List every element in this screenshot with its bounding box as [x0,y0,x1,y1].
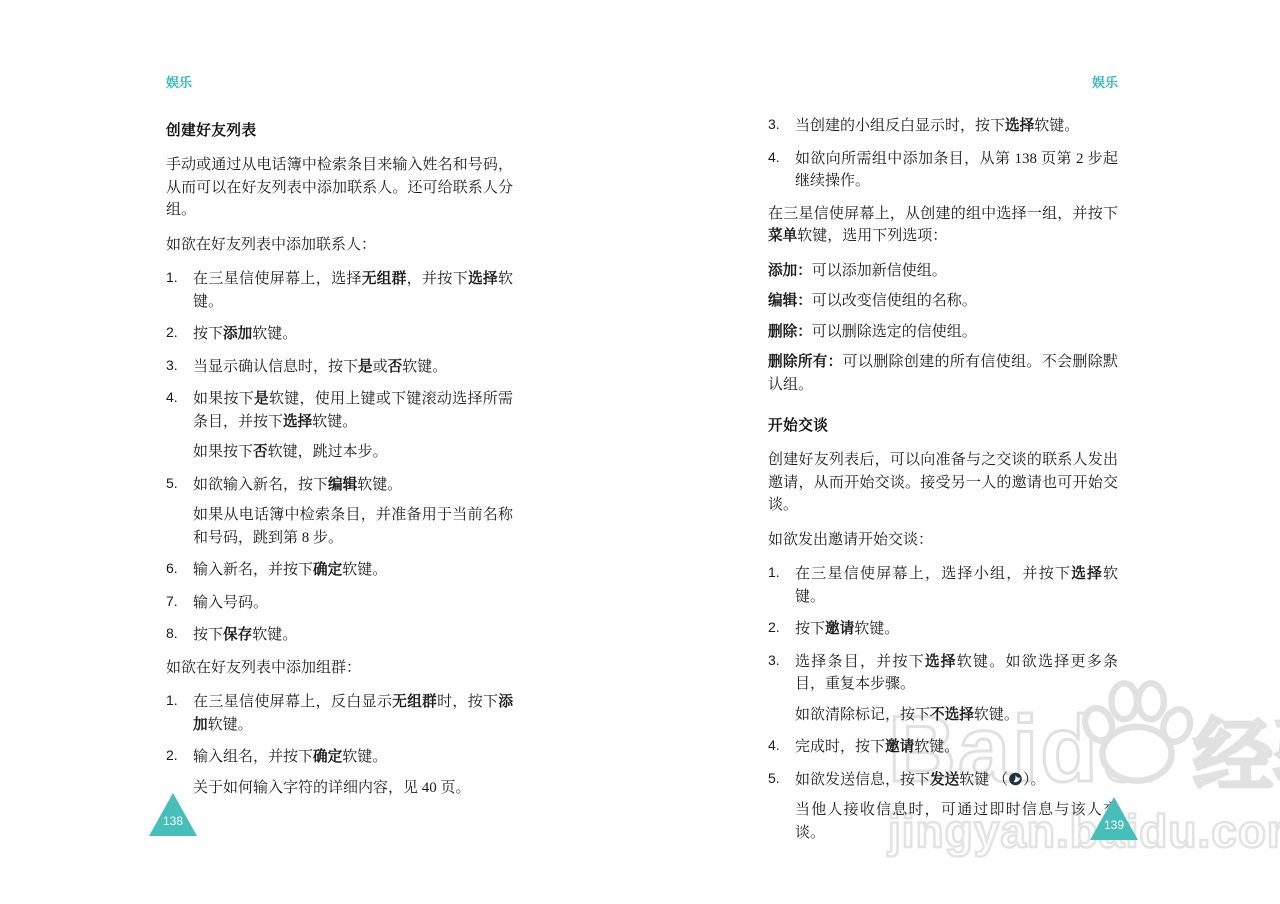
list-number: 3. [768,115,795,138]
list-number: 1. [166,268,193,313]
list-item-text: 在三星信使屏幕上，选择无组群，并按下选择软键。 [193,268,513,313]
list-item-line: 完成时，按下邀请软键。 [795,736,1118,759]
text: 软键，跳过本步。 [268,444,388,460]
list-item-line: 选择条目，并按下选择软键。如欲选择更多条目，重复本步骤。 [795,651,1118,696]
list-number: 2. [166,323,193,346]
text: 输入组名，并按下 [193,749,313,765]
text: 可以添加新信使组。 [812,263,947,279]
list-item-continuation: 如欲清除标记，按下不选择软键。 [795,704,1118,727]
text: 如欲清除标记，按下 [795,707,930,723]
list-item-text: 当显示确认信息时，按下是或否软键。 [193,356,513,379]
section-heading: 开始交谈 [768,413,1118,436]
bold-text: 菜单 [768,228,797,244]
text: 如果按下 [193,444,253,460]
text: 可以删除选定的信使组。 [812,324,977,340]
bold-text: 邀请 [885,739,914,755]
paragraph: 如欲在好友列表中添加组群： [166,657,513,680]
list-item-text: 按下保存软键。 [193,624,513,647]
text: 在三星信使屏幕上，反白显示 [193,694,392,710]
list-number: 1. [768,563,795,608]
bold-text: 确定 [313,749,342,765]
list-item-text: 按下邀请软键。 [795,618,1118,641]
bold-text: 否 [388,359,403,375]
list-item-text: 选择条目，并按下选择软键。如欲选择更多条目，重复本步骤。如欲清除标记，按下不选择… [795,651,1118,727]
list-number: 4. [166,388,193,464]
list-number: 1. [166,691,193,736]
text: 如欲发送信息，按下 [795,772,930,788]
page-138-content: 创建好友列表手动或通过从电话簿中检索条目来输入姓名和号码，从而可以在好友列表中添… [166,118,513,799]
list-item-line: 在三星信使屏幕上，选择无组群，并按下选择软键。 [193,268,513,313]
list-item: 3.选择条目，并按下选择软键。如欲选择更多条目，重复本步骤。如欲清除标记，按下不… [768,651,1118,727]
bold-text: 删除： [768,324,812,340]
page-number-left: 138 [160,814,186,828]
list-item-text: 完成时，按下邀请软键。 [795,736,1118,759]
list-item-text: 输入组名，并按下确定软键。关于如何输入字符的详细内容，见 40 页。 [193,746,513,799]
text: ）。 [1023,772,1046,788]
running-header-left: 娱乐 [166,72,513,91]
list-item-line: 按下邀请软键。 [795,618,1118,641]
list-number: 4. [768,148,795,193]
text: 当他人接收信息时，可通过即时信息与该人交谈。 [795,802,1118,841]
text: 软键。 [252,326,297,342]
list-number: 4. [768,736,795,759]
list-item-line: 如欲向所需组中添加条目，从第 138 页第 2 步起继续操作。 [795,148,1118,193]
text: 软键。 [342,749,387,765]
definition-item: 删除所有：可以删除创建的所有信使组。不会删除默认组。 [768,351,1118,396]
list-number: 8. [166,624,193,647]
text: 如果从电话簿中检索条目，并准备用于当前名称和号码，跳到第 8 步。 [193,507,513,546]
text: 如欲输入新名，按下 [193,477,328,493]
list-item-text: 按下添加软键。 [193,323,513,346]
text: 按下 [795,621,825,637]
list-number: 7. [166,592,193,615]
bold-text: 邀请 [825,621,854,637]
text: 软键。 [914,739,959,755]
list-item-line: 当创建的小组反白显示时，按下选择软键。 [795,115,1118,138]
text: 选择条目，并按下 [795,654,925,670]
text: 手动或通过从电话簿中检索条目来输入姓名和号码，从而可以在好友列表中添加联系人。还… [166,157,513,218]
text: 如果按下 [193,391,254,407]
list-item-line: 当显示确认信息时，按下是或否软键。 [193,356,513,379]
bold-text: 添加 [223,326,252,342]
paragraph: 在三星信使屏幕上，从创建的组中选择一组，并按下菜单软键，选用下列选项： [768,203,1118,248]
text: 软键。 [357,477,402,493]
list-number: 5. [166,474,193,550]
list-item: 7.输入号码。 [166,592,513,615]
paragraph: 手动或通过从电话簿中检索条目来输入姓名和号码，从而可以在好友列表中添加联系人。还… [166,154,513,222]
text: 如欲发出邀请开始交谈： [768,532,933,548]
bold-text: 无组群 [362,271,407,287]
list-item: 2.按下邀请软键。 [768,618,1118,641]
bold-text: 无组群 [392,694,437,710]
bold-text: 选择 [1071,566,1103,582]
definition-item: 添加：可以添加新信使组。 [768,260,1118,283]
text: 当创建的小组反白显示时，按下 [795,118,1005,134]
paragraph: 如欲发出邀请开始交谈： [768,529,1118,552]
text: 输入新名，并按下 [193,562,313,578]
send-key-icon [1008,771,1023,785]
bold-text: 删除所有： [768,354,843,370]
list-item: 4.如欲向所需组中添加条目，从第 138 页第 2 步起继续操作。 [768,148,1118,193]
list-item: 6.输入新名，并按下确定软键。 [166,559,513,582]
list-number: 3. [768,651,795,727]
list-number: 2. [768,618,795,641]
list-number: 2. [166,746,193,799]
list-item-text: 在三星信使屏幕上，反白显示无组群时，按下添加软键。 [193,691,513,736]
list-item-line: 输入新名，并按下确定软键。 [193,559,513,582]
text: 软键。 [312,414,357,430]
bold-text: 编辑 [328,477,357,493]
text: 软键。 [974,707,1019,723]
bold-text: 发送 [930,772,959,788]
text: 如欲在好友列表中添加组群： [166,660,361,676]
text: 软键 （ [959,772,1008,788]
list-item-continuation: 如果从电话簿中检索条目，并准备用于当前名称和号码，跳到第 8 步。 [193,504,513,549]
definition-item: 编辑：可以改变信使组的名称。 [768,290,1118,313]
bold-text: 选择 [468,271,498,287]
paragraph: 如欲在好友列表中添加联系人： [166,234,513,257]
bold-text: 选择 [1005,118,1034,134]
list-item: 4.完成时，按下邀请软键。 [768,736,1118,759]
list-item-text: 如果按下是软键，使用上键或下键滚动选择所需条目，并按下选择软键。如果按下否软键，… [193,388,513,464]
list-item: 3.当创建的小组反白显示时，按下选择软键。 [768,115,1118,138]
page-138: 娱乐 创建好友列表手动或通过从电话簿中检索条目来输入姓名和号码，从而可以在好友列… [166,72,513,809]
jingyan-logo-text: 经验 [1193,692,1280,807]
list-item-continuation: 如果按下否软键，跳过本步。 [193,441,513,464]
text: 创建好友列表后，可以向准备与之交谈的联系人发出邀请，从而开始交谈。接受另一人的邀… [768,452,1118,513]
text: 软键。 [252,627,297,643]
text: 在三星信使屏幕上，从创建的组中选择一组，并按下 [768,206,1118,222]
bold-text: 保存 [223,627,252,643]
running-header-right: 娱乐 [768,72,1118,91]
bold-text: 编辑： [768,293,812,309]
bold-text: 创建好友列表 [166,123,257,139]
list-item-line: 输入组名，并按下确定软键。 [193,746,513,769]
text: 软键，选用下列选项： [797,228,947,244]
bold-text: 不选择 [930,707,974,723]
text: 如欲向所需组中添加条目，从第 138 页第 2 步起继续操作。 [795,151,1118,190]
list-item: 1.在三星信使屏幕上，选择小组，并按下选择软键。 [768,563,1118,608]
list-item: 5.如欲发送信息，按下发送软键 （）。当他人接收信息时，可通过即时信息与该人交谈… [768,769,1118,845]
list-number: 3. [166,356,193,379]
text: 或 [373,359,388,375]
manual-spread: Baidu 经验 jingyan.baidu.com 娱乐 创建好友列表手动或通… [0,0,1280,904]
text: 当显示确认信息时，按下 [193,359,358,375]
list-item-text: 输入号码。 [193,592,513,615]
page-number-right: 139 [1101,818,1127,832]
text: 在三星信使屏幕上，选择 [193,271,362,287]
text: 软键。 [1034,118,1079,134]
bold-text: 添加： [768,263,812,279]
list-item-continuation: 关于如何输入字符的详细内容，见 40 页。 [193,777,513,800]
text: 按下 [193,326,223,342]
list-item-line: 按下保存软键。 [193,624,513,647]
text: 按下 [193,627,223,643]
text: 软键。 [854,621,899,637]
list-item: 3.当显示确认信息时，按下是或否软键。 [166,356,513,379]
list-item-line: 在三星信使屏幕上，选择小组，并按下选择软键。 [795,563,1118,608]
list-item-line: 在三星信使屏幕上，反白显示无组群时，按下添加软键。 [193,691,513,736]
list-item: 1.在三星信使屏幕上，反白显示无组群时，按下添加软键。 [166,691,513,736]
list-item-line: 如欲输入新名，按下编辑软键。 [193,474,513,497]
section-heading: 创建好友列表 [166,118,513,141]
list-item-text: 当创建的小组反白显示时，按下选择软键。 [795,115,1118,138]
page-139: 娱乐 3.当创建的小组反白显示时，按下选择软键。4.如欲向所需组中添加条目，从第… [768,72,1118,854]
text: 输入号码。 [193,595,268,611]
text: 在三星信使屏幕上，选择小组，并按下 [795,566,1071,582]
bold-text: 开始交谈 [768,418,828,434]
list-item: 2.输入组名，并按下确定软键。关于如何输入字符的详细内容，见 40 页。 [166,746,513,799]
list-item-line: 输入号码。 [193,592,513,615]
list-item-text: 如欲向所需组中添加条目，从第 138 页第 2 步起继续操作。 [795,148,1118,193]
text: 时，按下 [437,694,498,710]
bold-text: 确定 [313,562,342,578]
list-item-line: 如果按下是软键，使用上键或下键滚动选择所需条目，并按下选择软键。 [193,388,513,433]
text: 完成时，按下 [795,739,885,755]
page-number-triangle-right: 139 [1090,797,1138,840]
bold-text: 是 [254,391,269,407]
list-item-continuation: 当他人接收信息时，可通过即时信息与该人交谈。 [795,799,1118,844]
page-number-triangle-left: 138 [149,793,197,836]
definition-item: 删除：可以删除选定的信使组。 [768,321,1118,344]
list-item-text: 在三星信使屏幕上，选择小组，并按下选择软键。 [795,563,1118,608]
page-139-content: 3.当创建的小组反白显示时，按下选择软键。4.如欲向所需组中添加条目，从第 13… [768,115,1118,844]
list-item-text: 输入新名，并按下确定软键。 [193,559,513,582]
list-item: 8.按下保存软键。 [166,624,513,647]
list-item: 2.按下添加软键。 [166,323,513,346]
text: 可以改变信使组的名称。 [812,293,977,309]
text: 关于如何输入字符的详细内容，见 40 页。 [193,780,471,796]
list-item: 5.如欲输入新名，按下编辑软键。如果从电话簿中检索条目，并准备用于当前名称和号码… [166,474,513,550]
list-item: 1.在三星信使屏幕上，选择无组群，并按下选择软键。 [166,268,513,313]
bold-text: 选择 [283,414,312,430]
text: ，并按下 [407,271,468,287]
text: 软键。 [402,359,447,375]
list-item: 4.如果按下是软键，使用上键或下键滚动选择所需条目，并按下选择软键。如果按下否软… [166,388,513,464]
list-item-text: 如欲发送信息，按下发送软键 （）。当他人接收信息时，可通过即时信息与该人交谈。 [795,769,1118,845]
bold-text: 否 [253,444,268,460]
bold-text: 是 [358,359,373,375]
bold-text: 选择 [925,654,957,670]
list-item-line: 按下添加软键。 [193,323,513,346]
text: 软键。 [342,562,387,578]
list-item-line: 如欲发送信息，按下发送软键 （）。 [795,769,1118,792]
list-number: 5. [768,769,795,845]
list-item-text: 如欲输入新名，按下编辑软键。如果从电话簿中检索条目，并准备用于当前名称和号码，跳… [193,474,513,550]
paragraph: 创建好友列表后，可以向准备与之交谈的联系人发出邀请，从而开始交谈。接受另一人的邀… [768,449,1118,517]
list-number: 6. [166,559,193,582]
text: 软键。 [208,717,253,733]
text: 如欲在好友列表中添加联系人： [166,237,376,253]
